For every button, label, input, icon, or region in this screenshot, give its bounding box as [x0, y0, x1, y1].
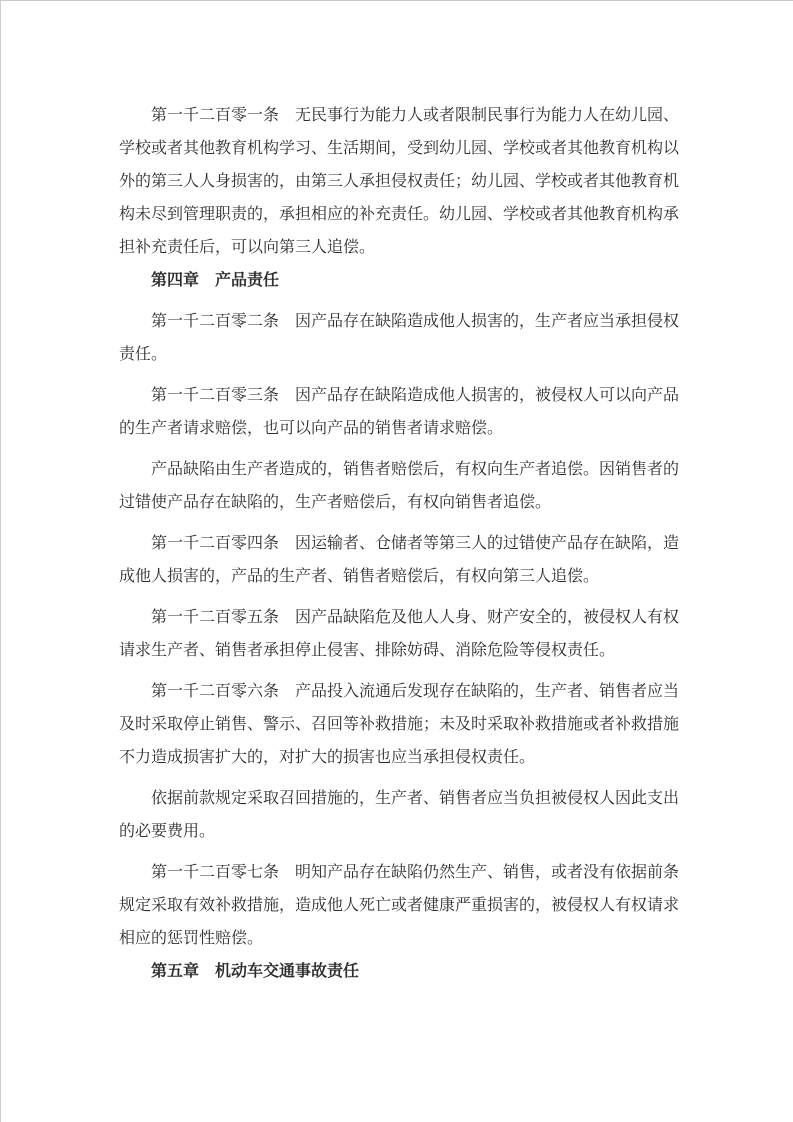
paragraph-article-1202: 第一千二百零二条 因产品存在缺陷造成他人损害的，生产者应当承担侵权责任。 — [119, 305, 679, 371]
paragraph-article-1201: 第一千二百零一条 无民事行为能力人或者限制民事行为能力人在幼儿园、学校或者其他教… — [119, 99, 679, 264]
paragraph-article-1206-clause: 依据前款规定采取召回措施的，生产者、销售者应当负担被侵权人因此支出的必要费用。 — [119, 782, 679, 848]
paragraph-article-1207: 第一千二百零七条 明知产品存在缺陷仍然生产、销售，或者没有依据前条规定采取有效补… — [119, 856, 679, 955]
paragraph-article-1204: 第一千二百零四条 因运输者、仓储者等第三人的过错使产品存在缺陷，造成他人损害的，… — [119, 527, 679, 593]
paragraph-article-1206: 第一千二百零六条 产品投入流通后发现存在缺陷的，生产者、销售者应当及时采取停止销… — [119, 675, 679, 774]
chapter-4-heading: 第四章 产品责任 — [119, 264, 679, 297]
paragraph-article-1203: 第一千二百零三条 因产品存在缺陷造成他人损害的，被侵权人可以向产品的生产者请求赔… — [119, 379, 679, 445]
document-content: 第一千二百零一条 无民事行为能力人或者限制民事行为能力人在幼儿园、学校或者其他教… — [1, 1, 793, 988]
chapter-5-heading: 第五章 机动车交通事故责任 — [119, 955, 679, 988]
paragraph-article-1205: 第一千二百零五条 因产品缺陷危及他人人身、财产安全的，被侵权人有权请求生产者、销… — [119, 601, 679, 667]
document-page: 第一千二百零一条 无民事行为能力人或者限制民事行为能力人在幼儿园、学校或者其他教… — [0, 0, 793, 1122]
paragraph-article-1203-clause: 产品缺陷由生产者造成的，销售者赔偿后，有权向生产者追偿。因销售者的过错使产品存在… — [119, 453, 679, 519]
